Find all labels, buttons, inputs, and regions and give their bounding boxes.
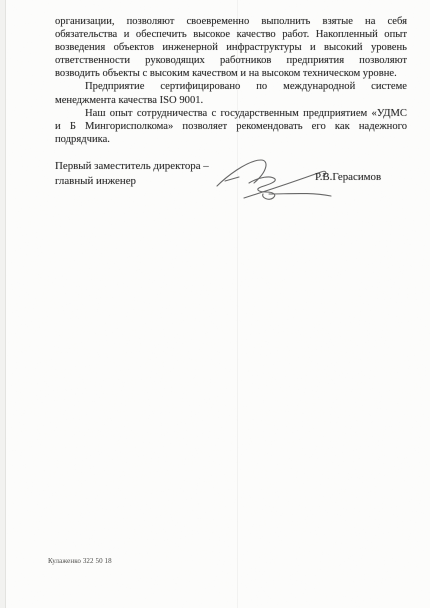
text-line: ответственности руководящих работников п… xyxy=(55,54,407,67)
text-line: возводить объекты с высоким качеством и … xyxy=(55,67,407,80)
signatory-name: Р.В.Герасимов xyxy=(315,171,381,183)
scan-left-edge xyxy=(0,0,6,608)
text-line: возведения объектов инженерной инфрастру… xyxy=(55,41,407,54)
paragraph: Предприятие сертифицировано по междунаро… xyxy=(55,80,407,106)
text-line: менеджмента качества ISO 9001. xyxy=(55,94,407,107)
text-line: организации, позволяют своевременно выпо… xyxy=(55,15,407,28)
text-line: подрядчика. xyxy=(55,133,407,146)
paragraph: организации, позволяют своевременно выпо… xyxy=(55,15,407,80)
document-page: организации, позволяют своевременно выпо… xyxy=(0,0,430,608)
executor-phone-note: Кулаженко 322 50 18 xyxy=(48,557,112,565)
text-line: Предприятие сертифицировано по междунаро… xyxy=(55,80,407,93)
letter-body: организации, позволяют своевременно выпо… xyxy=(55,15,407,146)
text-line: и Б Мингорисполкома» позволяет рекомендо… xyxy=(55,120,407,133)
paragraph: Наш опыт сотрудничества с государственны… xyxy=(55,107,407,146)
text-line: Наш опыт сотрудничества с государственны… xyxy=(55,107,407,120)
text-line: обязательства и обеспечить высокое качес… xyxy=(55,28,407,41)
